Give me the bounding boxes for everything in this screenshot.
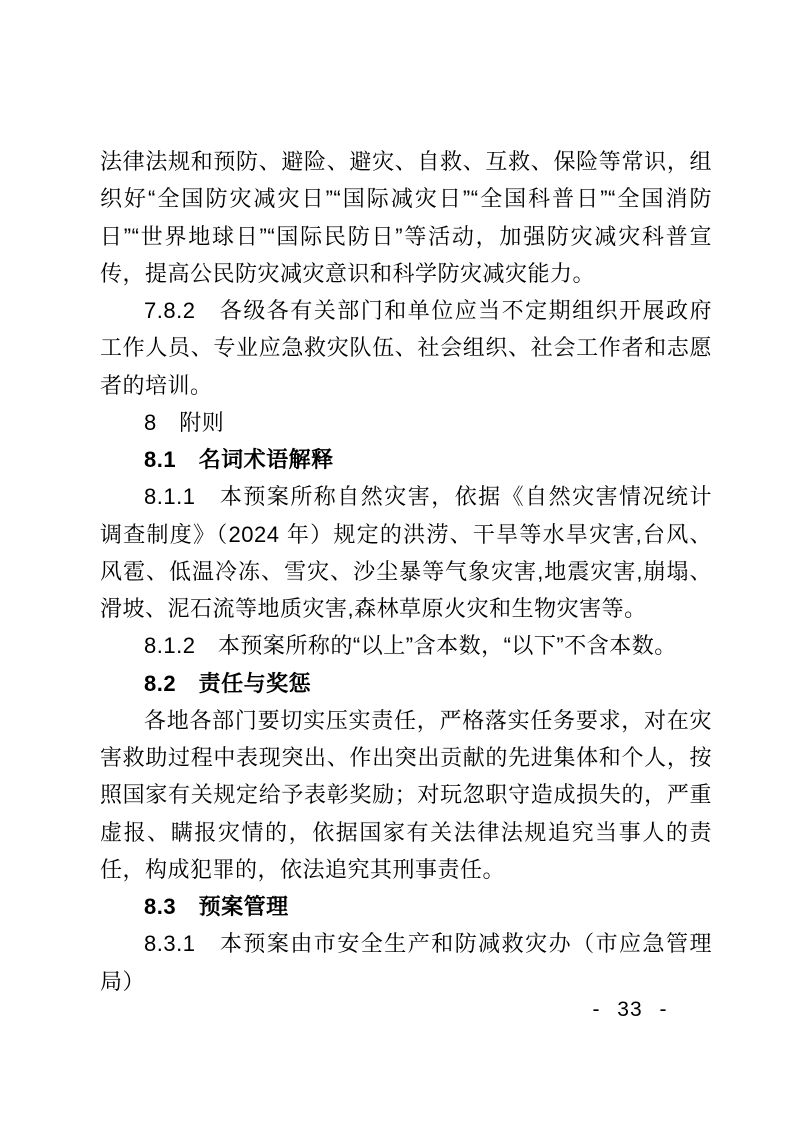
paragraph: 法律法规和预防、避险、避灾、自救、互救、保险等常识，组织好“全国防灾减灾日”“国… [100, 143, 712, 292]
paragraph: 7.8.2 各级各有关部门和单位应当不定期组织开展政府工作人员、专业应急救灾队伍… [100, 292, 712, 404]
paragraph: 8.3.1 本预案由市安全生产和防减救灾办（市应急管理局） [100, 925, 712, 1000]
section-heading: 8.2 责任与奖惩 [100, 665, 712, 702]
paragraph: 8.1.1 本预案所称自然灾害，依据《自然灾害情况统计调查制度》（2024 年）… [100, 478, 712, 627]
paragraph: 各地各部门要切实压实责任，严格落实任务要求，对在灾害救助过程中表现突出、作出突出… [100, 702, 712, 888]
page-number: - 33 - [560, 998, 700, 1022]
paragraph: 8.1.2 本预案所称的“以上”含本数，“以下”不含本数。 [100, 627, 712, 664]
chapter-heading: 8 附则 [100, 404, 712, 441]
document-page: 法律法规和预防、避险、避灾、自救、互救、保险等常识，组织好“全国防灾减灾日”“国… [0, 0, 793, 1122]
section-heading: 8.3 预案管理 [100, 888, 712, 925]
section-heading: 8.1 名词术语解释 [100, 441, 712, 478]
text-block: 法律法规和预防、避险、避灾、自救、互救、保险等常识，组织好“全国防灾减灾日”“国… [100, 143, 712, 1000]
